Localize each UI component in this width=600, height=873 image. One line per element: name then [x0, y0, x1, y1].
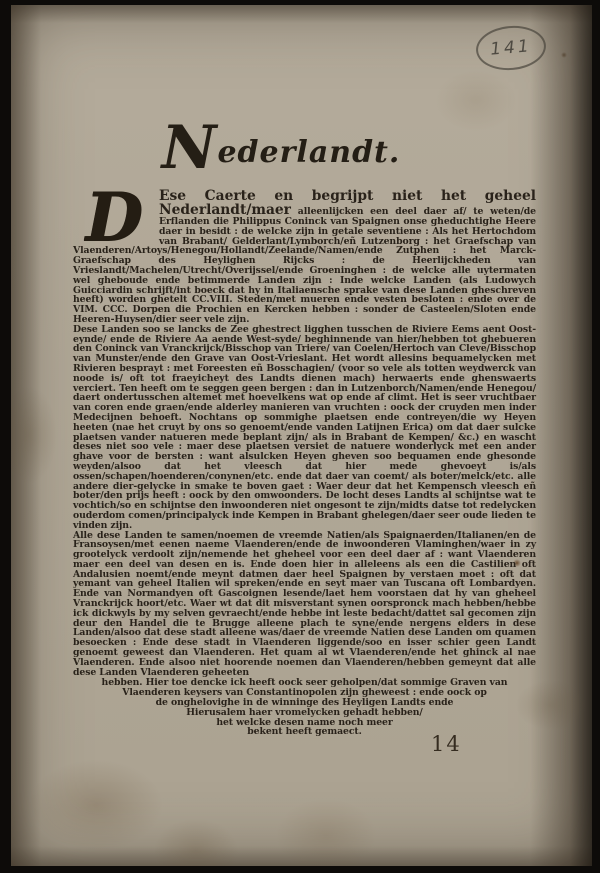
- text-block: DEse Caerte en begrijpt niet het geheel …: [73, 189, 536, 737]
- folio-annotation-circle: 141: [474, 23, 548, 73]
- title-rest: ederlandt.: [217, 135, 400, 170]
- closing-line: bekent heeft gemaect.: [73, 727, 536, 737]
- scanned-book-page: 141 Nederlandt. DEse Caerte en begrijpt …: [0, 0, 600, 873]
- paper: 141 Nederlandt. DEse Caerte en begrijpt …: [11, 5, 592, 866]
- page-number: 14: [431, 732, 462, 756]
- folio-annotation-number: 141: [489, 36, 532, 60]
- page-title: Nederlandt.: [161, 113, 401, 183]
- drop-cap-initial: D: [73, 190, 155, 246]
- paragraph-1: DEse Caerte en begrijpt niet het geheel …: [73, 189, 536, 325]
- paragraph-2: Dese Landen soo se lancks de Zee ghestre…: [73, 325, 536, 531]
- paragraph-3: Alle dese Landen te samen/noemen de vree…: [73, 531, 536, 678]
- title-initial: N: [162, 113, 217, 183]
- closing-taper: hebben. Hier toe dencke ick heeft oock s…: [73, 678, 536, 737]
